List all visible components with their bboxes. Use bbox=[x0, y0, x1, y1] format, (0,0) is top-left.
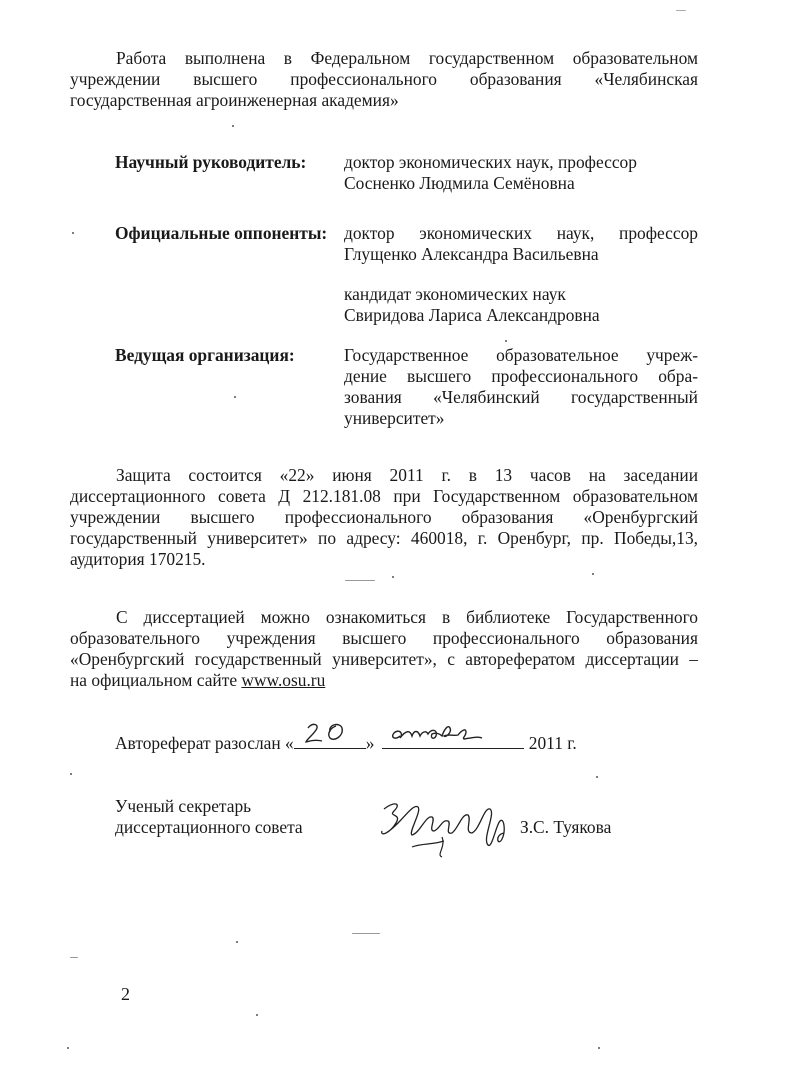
opponent-1-name: Глущенко Александра Васильевна bbox=[344, 244, 698, 265]
library-line: С диссертацией можно ознакомиться в библ… bbox=[70, 607, 698, 628]
opponent-2-name: Свиридова Лариса Александровна bbox=[344, 305, 698, 326]
opponent-2: кандидат экономических наук Свиридова Ла… bbox=[344, 284, 698, 326]
secretary-block: Ученый секретарь диссертационного совета bbox=[115, 796, 303, 838]
defense-paragraph: Защита состоится «22» июня 2011 г. в 13 … bbox=[70, 465, 698, 570]
opponent-2-degree: кандидат экономических наук bbox=[344, 284, 698, 305]
signature bbox=[372, 795, 542, 865]
scan-speck bbox=[596, 776, 598, 778]
handwritten-month bbox=[382, 720, 524, 746]
leading-org-line: Государственное образовательное учреж- bbox=[344, 345, 698, 366]
scan-speck bbox=[234, 396, 236, 398]
defense-line: учреждении высшего профессионального обр… bbox=[70, 507, 698, 528]
library-line: образовательного учреждения высшего проф… bbox=[70, 628, 698, 649]
mailing-date-line: Автореферат разослан « » 2011 г. bbox=[115, 730, 577, 754]
page-number: 2 bbox=[121, 984, 130, 1005]
mailing-suffix: 2011 г. bbox=[529, 733, 577, 753]
leading-org-line: дение высшего профессионального обра- bbox=[344, 366, 698, 387]
day-blank bbox=[294, 730, 366, 749]
supervisor-label: Научный руководитель: bbox=[115, 152, 306, 173]
intro-line: учреждении высшего профессионального обр… bbox=[70, 69, 698, 90]
supervisor-degree: доктор экономических наук, профессор bbox=[344, 152, 698, 173]
leading-org-line: университет» bbox=[344, 408, 698, 429]
secretary-title-line: Ученый секретарь bbox=[115, 796, 303, 817]
opponents-row: Официальные оппоненты: доктор экономичес… bbox=[115, 223, 698, 323]
scan-speck bbox=[70, 957, 78, 958]
secretary-name: З.С. Туякова bbox=[520, 817, 611, 838]
defense-line: аудитория 170215. bbox=[70, 549, 698, 570]
supervisor-row: Научный руководитель: доктор экономическ… bbox=[115, 152, 698, 194]
scan-speck bbox=[592, 573, 594, 575]
intro-line: государственная агроинженерная академия» bbox=[70, 90, 698, 111]
defense-line: Защита состоится «22» июня 2011 г. в 13 … bbox=[70, 465, 698, 486]
mailing-middle: » bbox=[366, 733, 375, 753]
month-blank bbox=[382, 730, 524, 749]
library-line: «Оренбургский государственный университе… bbox=[70, 649, 698, 670]
leading-org-value: Государственное образовательное учреж- д… bbox=[344, 345, 698, 429]
scan-speck bbox=[676, 10, 686, 11]
scan-speck bbox=[505, 340, 507, 342]
intro-paragraph: Работа выполнена в Федеральном государст… bbox=[70, 48, 698, 111]
library-last-line: на официальном сайте www.osu.ru bbox=[70, 670, 698, 691]
leading-org-line: зования «Челябинский государственный bbox=[344, 387, 698, 408]
scan-speck bbox=[598, 1047, 600, 1049]
scan-speck bbox=[345, 580, 375, 581]
leading-org-row: Ведущая организация: Государственное обр… bbox=[115, 345, 698, 429]
library-paragraph: С диссертацией можно ознакомиться в библ… bbox=[70, 607, 698, 691]
defense-line: государственный университет» по адресу: … bbox=[70, 528, 698, 549]
supervisor-value: доктор экономических наук, профессор Сос… bbox=[344, 152, 698, 194]
opponent-1-degree: доктор экономических наук, профессор bbox=[344, 223, 698, 244]
scan-speck bbox=[72, 232, 74, 234]
scan-speck bbox=[67, 1047, 69, 1049]
scan-speck bbox=[232, 125, 234, 127]
scan-speck bbox=[236, 941, 238, 943]
defense-line: диссертационного совета Д 212.181.08 при… bbox=[70, 486, 698, 507]
handwritten-day bbox=[294, 720, 366, 746]
scan-speck bbox=[392, 576, 394, 578]
osu-website-link[interactable]: www.osu.ru bbox=[241, 670, 325, 690]
scan-speck bbox=[256, 1014, 258, 1016]
intro-line: Работа выполнена в Федеральном государст… bbox=[70, 48, 698, 69]
scan-speck bbox=[352, 933, 380, 934]
supervisor-name: Сосненко Людмила Семёновна bbox=[344, 173, 698, 194]
secretary-title-line: диссертационного совета bbox=[115, 817, 303, 838]
library-last-prefix: на официальном сайте bbox=[70, 670, 241, 690]
mailing-prefix: Автореферат разослан « bbox=[115, 733, 294, 753]
opponent-1: доктор экономических наук, профессор Глу… bbox=[344, 223, 698, 265]
leading-org-label: Ведущая организация: bbox=[115, 345, 295, 366]
scan-speck bbox=[70, 773, 72, 775]
opponents-label: Официальные оппоненты: bbox=[115, 223, 327, 244]
